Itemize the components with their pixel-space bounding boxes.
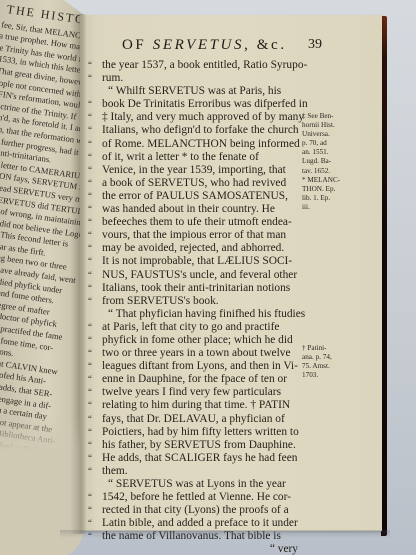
margin-note-benhornius: ‡ See Ben- hornii Hist. Universa. p. 70,… — [302, 112, 362, 212]
page-number: 39 — [308, 37, 322, 53]
running-head: OF SERVETUS, &c. 39 — [80, 37, 382, 57]
text-line: “‡ Italy, and very much approved of by m… — [88, 111, 298, 124]
right-page: OF SERVETUS, &c. 39 “the year 1537, a bo… — [80, 15, 382, 531]
margin-note-patiniana: † Patini- ana. p. 74, 75. Amst. 1703. — [302, 344, 362, 380]
text-line: “a book of SERVETUS, who had revived — [88, 177, 298, 190]
text-line: “It is not improbable, that LÆLIUS SOCI- — [88, 255, 298, 268]
gutter-shadow — [70, 14, 86, 534]
text-line: “ That phyfician having finifhed his ftu… — [88, 308, 298, 321]
book-shadow — [60, 530, 390, 538]
text-line: “fays, that Dr. DELAVAU, a phyfician of — [88, 413, 298, 426]
running-title-suffix: , &c. — [244, 37, 287, 53]
text-line: “may be avoided, rejected, and abhorred. — [88, 242, 298, 255]
text-line: “of Rome. MELANCTHON being informed — [88, 138, 298, 151]
text-line: “Italians, who defign'd to forfake the c… — [88, 124, 298, 137]
running-title-prefix: OF — [122, 37, 153, 53]
text-line: “He adds, that SCALIGER fays he had feen — [88, 452, 298, 465]
text-line: “vours, that the impious error of that m… — [88, 229, 298, 242]
text-line: “Venice, in the year 1539, importing, th… — [88, 164, 298, 177]
text-line: “two or three years in a town about twel… — [88, 347, 298, 360]
text-line: “his father, by SERVETUS from Dauphine. — [88, 439, 298, 452]
text-line: “rected in that city (Lyons) the proofs … — [88, 504, 298, 517]
running-title-name: SERVETUS — [153, 37, 244, 53]
text-line: “at Paris, left that city to go and prac… — [88, 321, 298, 334]
text-line: “from SERVETUS's book. — [88, 295, 298, 308]
text-line: “Italians, took their anti-trinitarian n… — [88, 282, 298, 295]
text-line: “phyfick in fome other place; which he d… — [88, 334, 298, 347]
text-line: “the error of PAULUS SAMOSATENUS, — [88, 190, 298, 203]
text-line: “of it, writ a letter * to the fenate of — [88, 151, 298, 164]
text-line: “twelve years I find very few particular… — [88, 386, 298, 399]
text-line: “them. — [88, 465, 298, 478]
text-line: “Poictiers, had by him fifty letters wri… — [88, 426, 298, 439]
text-line: “relating to him during that time. † PAT… — [88, 399, 298, 412]
text-line: “NUS, FAUSTUS's uncle, and feveral other — [88, 269, 298, 282]
text-line: “book De Trinitatis Erroribus was difper… — [88, 98, 298, 111]
text-line: “rum. — [88, 72, 298, 85]
text-line: “ SERVETUS was at Lyons in the year — [88, 478, 298, 491]
body-text: “the year 1537, a book entitled, Ratio S… — [88, 59, 298, 555]
text-line: “was handed about in their country. He — [88, 203, 298, 216]
text-line: “enne in Dauphine, for the fpace of ten … — [88, 373, 298, 386]
text-line: “befeeches them to ufe their utmoft ende… — [88, 216, 298, 229]
running-title: OF SERVETUS, &c. — [122, 37, 287, 54]
text-line: “ Whilft SERVETUS was at Paris, his — [88, 85, 298, 98]
text-line: “the year 1537, a book entitled, Ratio S… — [88, 59, 298, 72]
text-line: “Latin bible, and added a preface to it … — [88, 517, 298, 530]
catchword: “ very — [88, 543, 298, 555]
text-line: “leagues diftant from Lyons, and then in… — [88, 360, 298, 373]
text-line: “1542, before he fettled at Vienne. He c… — [88, 491, 298, 504]
